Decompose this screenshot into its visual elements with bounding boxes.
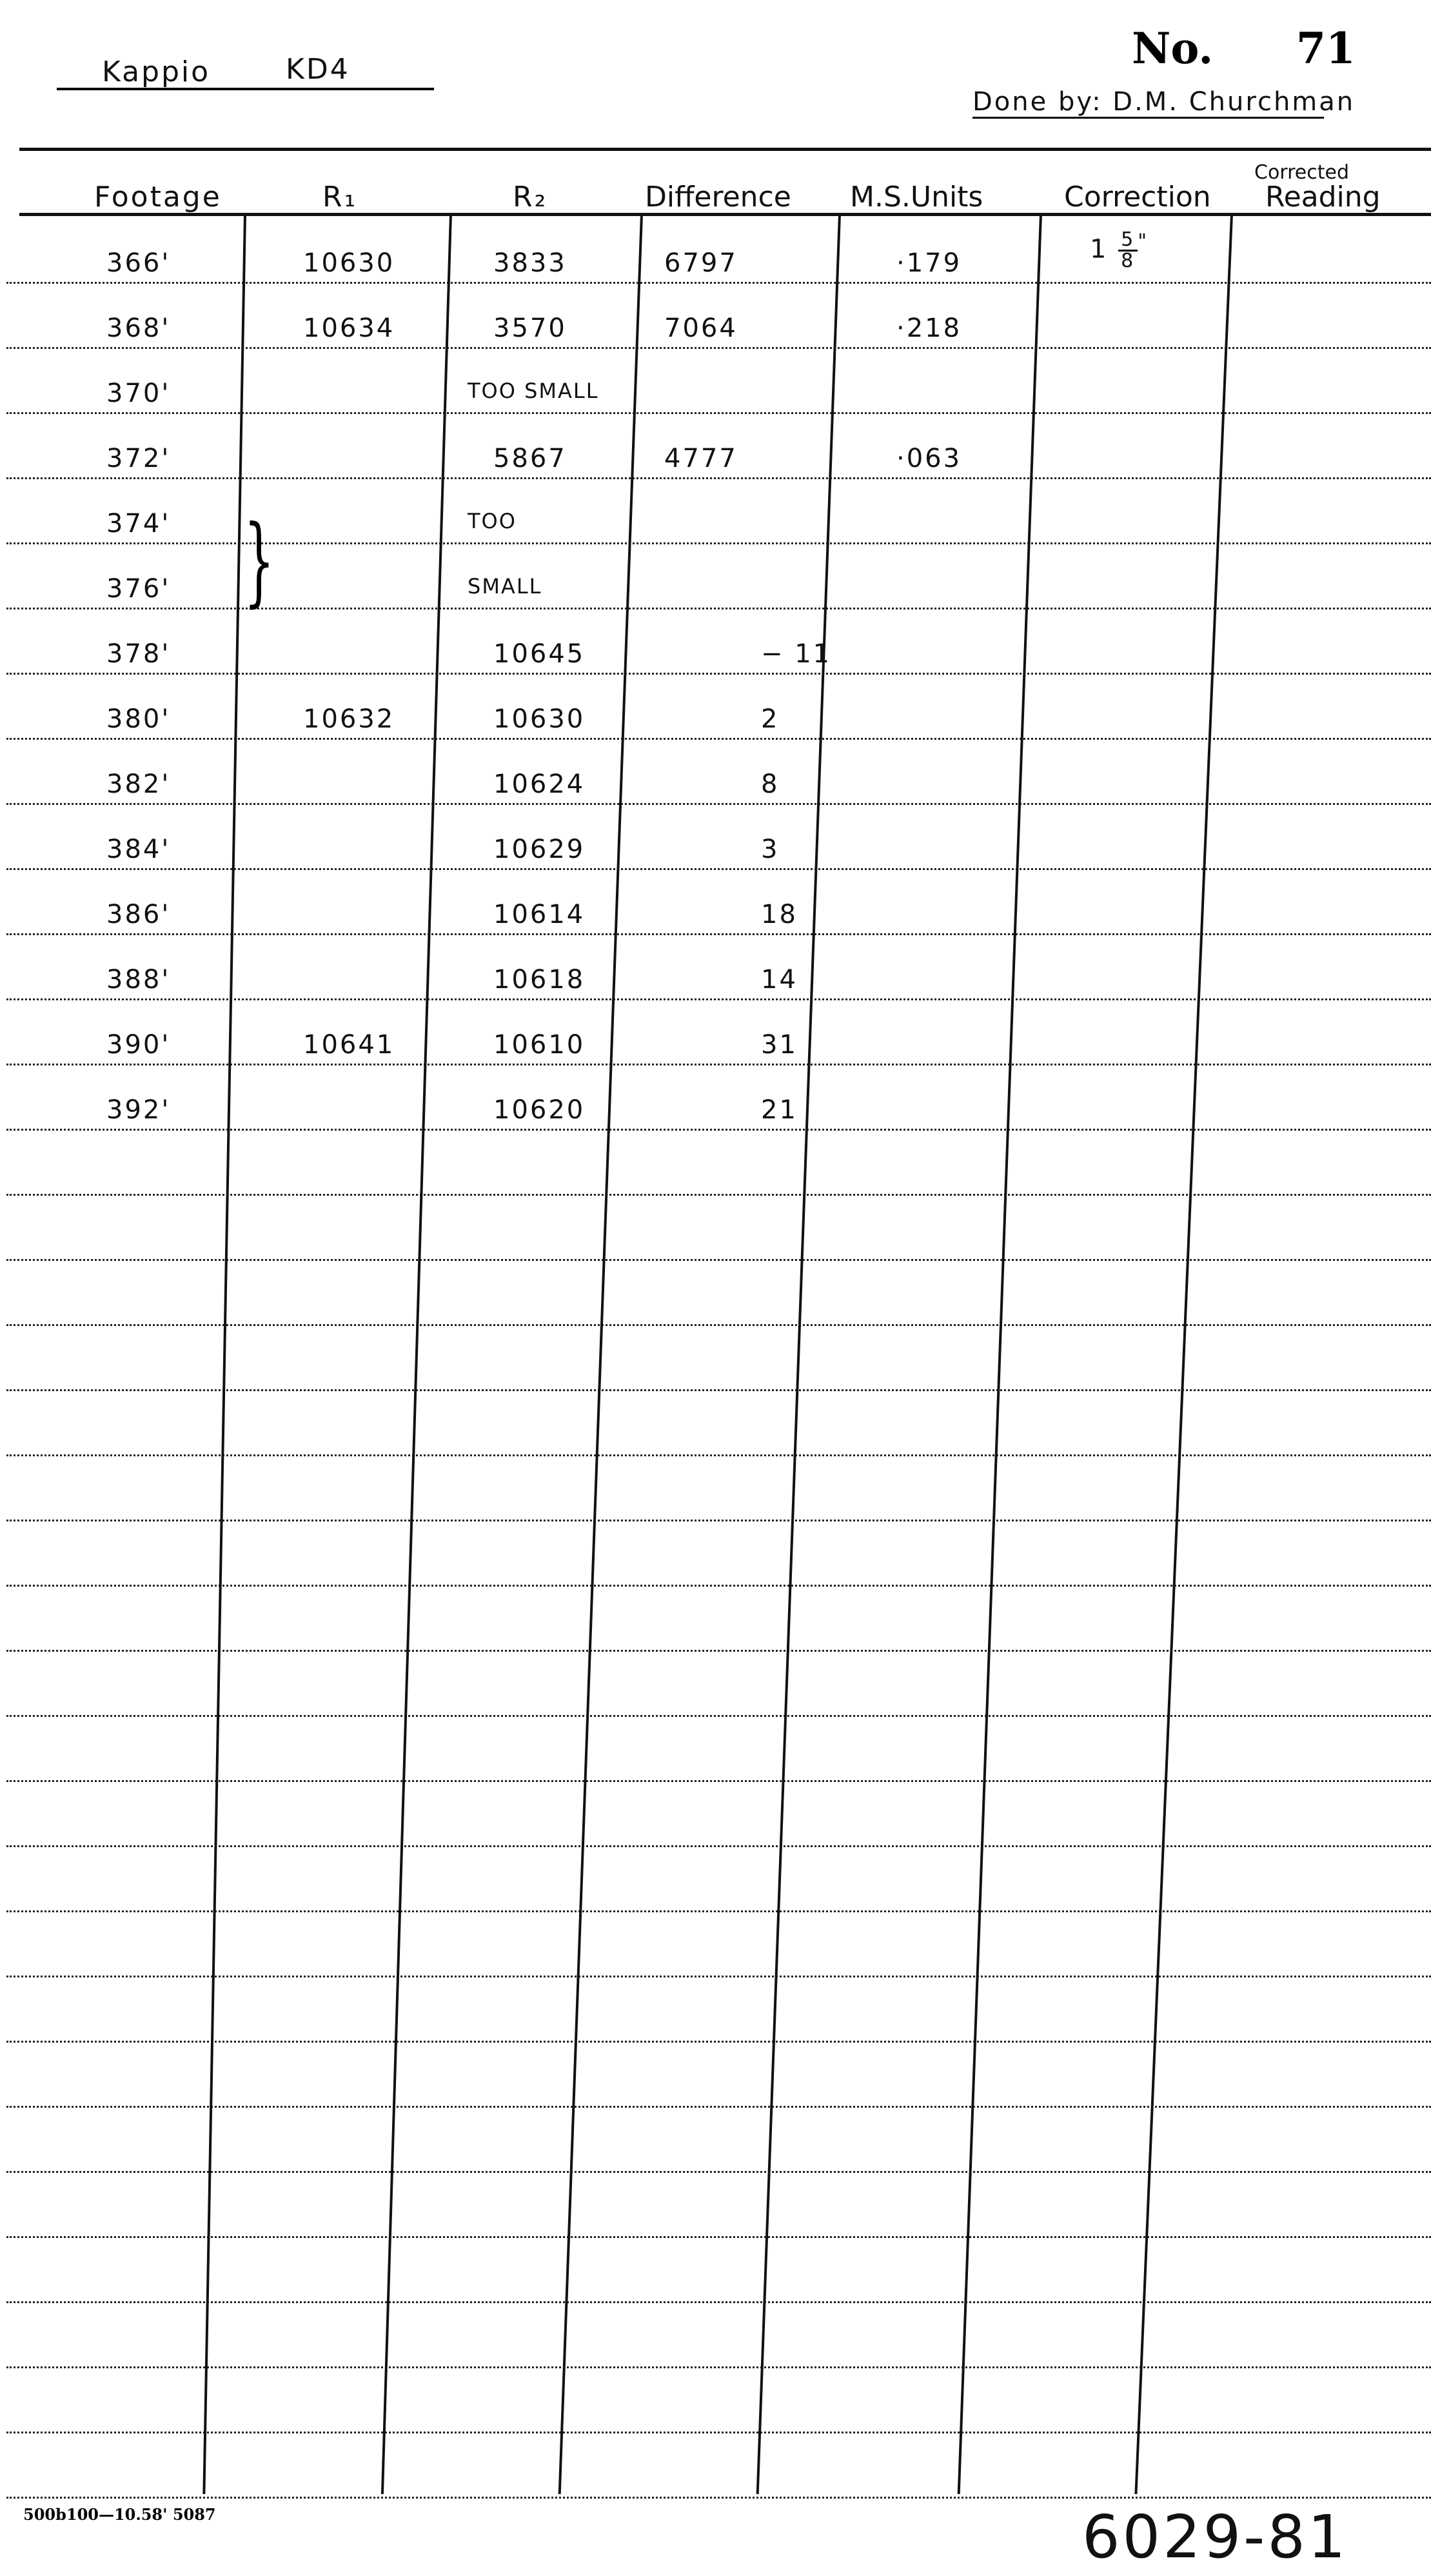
cell-footage: 392' xyxy=(106,1095,170,1125)
col-header-r1: R₁ xyxy=(322,181,357,213)
row-rule xyxy=(6,2497,1431,2499)
cell-r2: 10629 xyxy=(493,835,585,864)
cell-r1: 10641 xyxy=(303,1030,395,1060)
cell-footage: 374' xyxy=(106,509,170,539)
row-rule xyxy=(6,1064,1431,1065)
cell-r2: 10645 xyxy=(493,639,585,669)
row-rule xyxy=(6,1194,1431,1196)
form-code: 500b100—10.58' 5087 xyxy=(23,2505,216,2524)
col-header-difference: Difference xyxy=(645,181,791,213)
top-rule xyxy=(19,148,1431,151)
col-header-reading: Reading xyxy=(1265,181,1381,213)
cell-footage: 376' xyxy=(106,574,170,604)
row-rule xyxy=(6,1259,1431,1261)
cell-r2: 10620 xyxy=(493,1095,585,1125)
cell-difference: 2 xyxy=(761,704,779,734)
column-rule xyxy=(381,214,452,2494)
row-rule xyxy=(6,1389,1431,1391)
document-number: 6029-81 xyxy=(1082,2502,1348,2571)
row-rule xyxy=(6,1454,1431,1456)
correction-fraction: 58 xyxy=(1118,230,1138,271)
row-rule xyxy=(6,1976,1431,1977)
cell-footage: 380' xyxy=(106,704,170,734)
well-name: Kappio xyxy=(102,55,210,88)
row-rule xyxy=(6,2236,1431,2238)
cell-difference: − 11 xyxy=(761,639,831,669)
row-rule xyxy=(6,1845,1431,1847)
hole-id: KD4 xyxy=(286,53,350,86)
cell-difference: 3 xyxy=(761,835,779,864)
cell-footage: 370' xyxy=(106,379,170,408)
row-rule xyxy=(6,347,1431,349)
cell-difference: 6797 xyxy=(664,248,738,278)
cell-r2: 10614 xyxy=(493,900,585,929)
row-rule xyxy=(6,608,1431,609)
row-rule xyxy=(6,2366,1431,2368)
cell-ms-units: ·063 xyxy=(896,444,962,473)
row-rule xyxy=(6,2041,1431,2043)
col-header-footage: Footage xyxy=(94,181,222,213)
cell-footage: 366' xyxy=(106,248,170,278)
column-rule xyxy=(558,214,643,2494)
row-rule xyxy=(6,2301,1431,2303)
cell-difference: 31 xyxy=(761,1030,798,1060)
col-header-correction: Correction xyxy=(1064,181,1211,213)
cell-r1: 10634 xyxy=(303,313,395,343)
row-rule xyxy=(6,412,1431,414)
row-rule xyxy=(6,1324,1431,1326)
cell-footage: 384' xyxy=(106,835,170,864)
cell-difference: 7064 xyxy=(664,313,738,343)
cell-r2: 3570 xyxy=(493,313,567,343)
row-rule xyxy=(6,2106,1431,2108)
cell-r2: Too Small xyxy=(468,379,599,403)
correction-whole: 1 xyxy=(1090,235,1108,264)
column-rule xyxy=(958,214,1042,2494)
cell-r2: 5867 xyxy=(493,444,567,473)
cell-r2: Too xyxy=(468,509,517,533)
cell-r2: Small xyxy=(468,574,542,599)
cell-r1: 10630 xyxy=(303,248,395,278)
cell-ms-units: ·179 xyxy=(896,248,962,278)
row-rule xyxy=(6,1780,1431,1782)
row-rule xyxy=(6,738,1431,740)
cell-r2: 10610 xyxy=(493,1030,585,1060)
column-rule xyxy=(756,214,841,2494)
cell-r2: 10630 xyxy=(493,704,585,734)
row-rule xyxy=(6,673,1431,675)
col-header-r2: R₂ xyxy=(513,181,548,213)
row-rule xyxy=(6,803,1431,805)
col-header-ms-units: M.S.Units xyxy=(850,181,983,213)
cell-footage: 382' xyxy=(106,769,170,799)
cell-difference: 21 xyxy=(761,1095,798,1125)
cell-footage: 368' xyxy=(106,313,170,343)
cell-correction: 1 58" xyxy=(1090,230,1149,271)
cell-footage: 390' xyxy=(106,1030,170,1060)
row-rule xyxy=(6,477,1431,479)
sheet-number-label: No. xyxy=(1132,23,1213,74)
cell-footage: 388' xyxy=(106,965,170,995)
row-rule xyxy=(6,868,1431,870)
cell-footage: 372' xyxy=(106,444,170,473)
cell-r2: 10624 xyxy=(493,769,585,799)
row-rule xyxy=(6,282,1431,284)
bracket-374-376: } xyxy=(244,513,275,609)
cell-footage: 386' xyxy=(106,900,170,929)
cell-r2: 10618 xyxy=(493,965,585,995)
cell-difference: 18 xyxy=(761,900,798,929)
row-rule xyxy=(6,998,1431,1000)
cell-ms-units: ·218 xyxy=(896,313,962,343)
cell-r1: 10632 xyxy=(303,704,395,734)
cell-footage: 378' xyxy=(106,639,170,669)
sheet-number: 71 xyxy=(1296,23,1356,74)
row-rule xyxy=(6,2432,1431,2433)
row-rule xyxy=(6,933,1431,935)
cell-difference: 8 xyxy=(761,769,779,799)
inch-mark: " xyxy=(1138,230,1149,253)
row-rule xyxy=(6,1129,1431,1131)
row-rule xyxy=(6,1910,1431,1912)
row-rule xyxy=(6,1715,1431,1717)
done-by: Done by: D.M. Churchman xyxy=(972,87,1324,119)
cell-difference: 4777 xyxy=(664,444,738,473)
cell-r2: 3833 xyxy=(493,248,567,278)
column-rule xyxy=(202,214,246,2494)
cell-difference: 14 xyxy=(761,965,798,995)
column-rule xyxy=(1134,214,1233,2494)
row-rule xyxy=(6,2171,1431,2173)
